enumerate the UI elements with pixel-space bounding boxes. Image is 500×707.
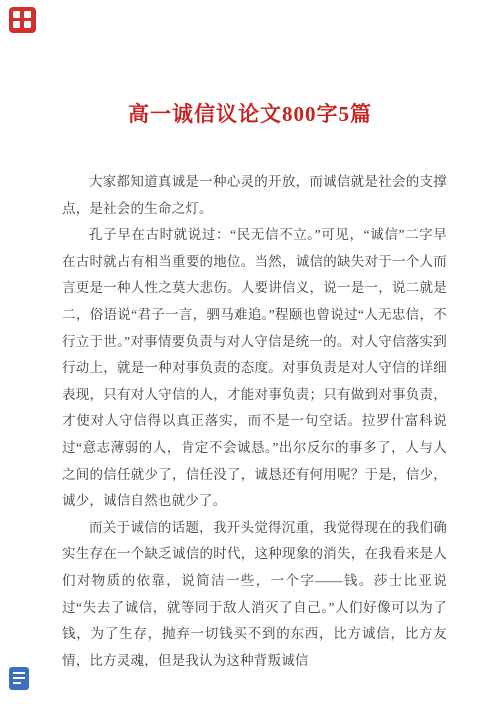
- blue-document-icon: [9, 667, 29, 690]
- document-title: 高一诚信议论文800字5篇: [0, 99, 500, 129]
- document-body: 大家都知道真诚是一种心灵的开放，而诚信就是社会的支撑点，是社会的生命之灯。 孔子…: [62, 169, 447, 674]
- paragraph-confucius: 孔子早在古时就说过：“民无信不立。”可见，“诚信”二字早在古时就占有相当重要的地…: [62, 222, 447, 515]
- paragraph-intro: 大家都知道真诚是一种心灵的开放，而诚信就是社会的支撑点，是社会的生命之灯。: [62, 169, 447, 222]
- red-site-stamp-icon: [9, 7, 36, 33]
- document-page: 高一诚信议论文800字5篇 大家都知道真诚是一种心灵的开放，而诚信就是社会的支撑…: [0, 0, 500, 707]
- paragraph-topic: 而关于诚信的话题，我开头觉得沉重，我觉得现在的我们确实生存在一个缺乏诚信的时代，…: [62, 515, 447, 675]
